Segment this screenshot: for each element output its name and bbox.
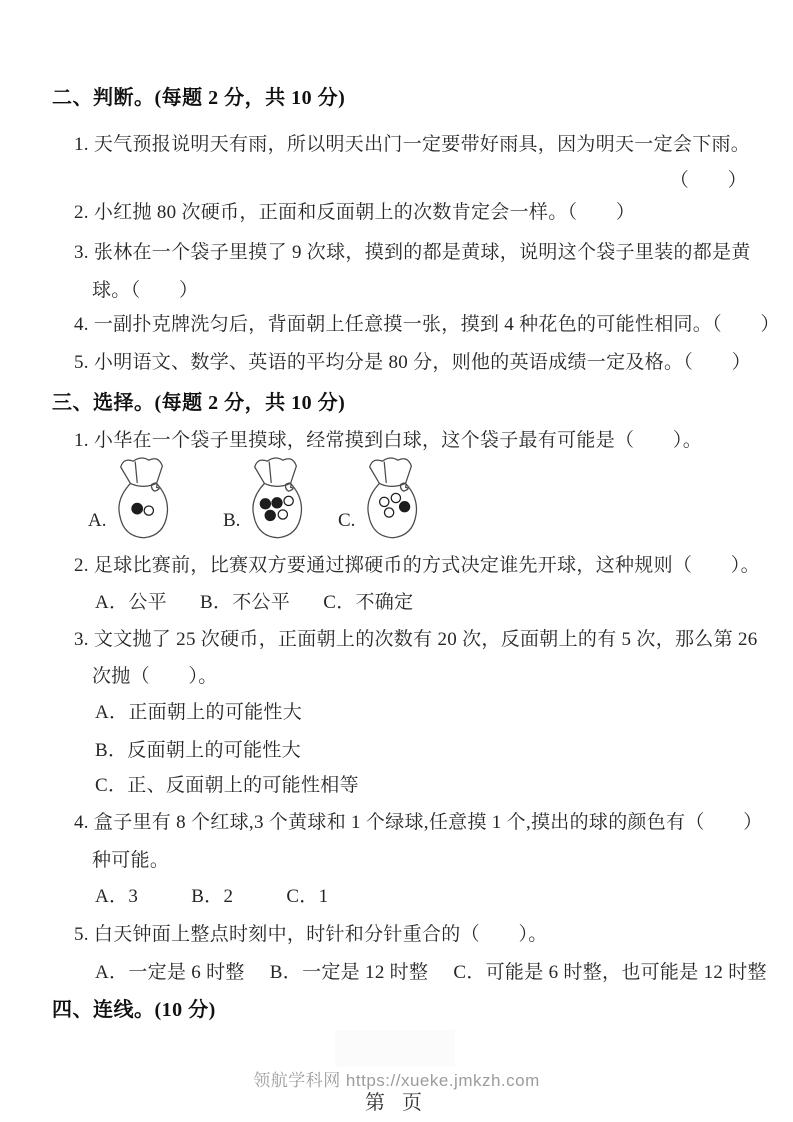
judge-q2-text: 2. 小红抛 80 次硬币，正面和反面朝上的次数肯定会一样。（ ） [74, 201, 635, 225]
choice-q5-options: A．一定是 6 时整 B．一定是 12 时整 C．可能是 6 时整，也可能是 1… [95, 961, 787, 985]
test-paper-page: 二、判断。(每题 2 分，共 10 分) 1. 天气预报说明天有雨，所以明天出门… [0, 0, 793, 1122]
choice-q3-line2: 次抛（ ）。 [92, 665, 218, 689]
section-connect-title: 四、连线。(10 分) [52, 998, 216, 1022]
judge-q5-text: 5. 小明语文、数学、英语的平均分是 80 分，则他的英语成绩一定及格。（ ） [74, 351, 751, 375]
choice-q3-option-c: C．正、反面朝上的可能性相等 [95, 774, 359, 798]
judge-q4-text: 4. 一副扑克牌洗匀后，背面朝上任意摸一张，摸到 4 种花色的可能性相同。（ ） [74, 313, 780, 337]
choice-q4-option-c: C．1 [286, 885, 328, 909]
bag-drawing-c-icon [361, 452, 423, 544]
choice-q4-line2: 种可能。 [92, 849, 169, 873]
choice-q2-option-c: C．不确定 [323, 591, 413, 615]
choice-q2-text: 2. 足球比赛前，比赛双方要通过掷硬币的方式决定谁先开球，这种规则（ ）。 [74, 554, 760, 578]
watermark-block [335, 1030, 455, 1067]
choice-q1-bag-images: A. B. C. [0, 452, 793, 552]
choice-q4-option-a: A．3 [95, 885, 138, 909]
section-judge-title: 二、判断。(每题 2 分，共 10 分) [52, 86, 345, 110]
judge-q3-line1: 3. 张林在一个袋子里摸了 9 次球，摸到的都是黄球，说明这个袋子里装的都是黄 [74, 241, 751, 265]
choice-q2-option-b: B．不公平 [200, 591, 290, 615]
choice-q3-option-b: B．反面朝上的可能性大 [95, 739, 301, 763]
bag-label-b: B. [223, 510, 240, 544]
choice-q5-option-b: B．一定是 12 时整 [270, 961, 428, 985]
judge-q1-text: 1. 天气预报说明天有雨，所以明天出门一定要带好雨具，因为明天一定会下雨。 [74, 133, 750, 157]
choice-q2-option-a: A．公平 [95, 591, 167, 615]
choice-q3-line1: 3. 文文抛了 25 次硬币，正面朝上的次数有 20 次，反面朝上的有 5 次，… [74, 628, 758, 652]
bag-label-c: C. [338, 510, 355, 544]
judge-q1-answer-blank: （ ） [670, 169, 747, 193]
choice-q3-option-a: A．正面朝上的可能性大 [95, 701, 302, 725]
footer-page-number: 第 页 [0, 1086, 793, 1115]
choice-q5-option-a: A．一定是 6 时整 [95, 961, 245, 985]
section-choice-title: 三、选择。(每题 2 分，共 10 分) [52, 391, 345, 415]
choice-q4-line1: 4. 盒子里有 8 个红球,3 个黄球和 1 个绿球,任意摸 1 个,摸出的球的… [74, 811, 763, 835]
choice-q5-text: 5. 白天钟面上整点时刻中，时针和分针重合的（ ）。 [74, 923, 548, 947]
bag-drawing-b-icon [246, 452, 308, 544]
bag-label-a: A. [88, 510, 106, 544]
bag-option-c: C. [338, 452, 423, 544]
bag-drawing-a-icon [112, 452, 174, 544]
choice-q4-options: A．3 B．2 C．1 [95, 885, 376, 909]
choice-q1-text: 1. 小华在一个袋子里摸球，经常摸到白球，这个袋子最有可能是（ ）。 [74, 429, 702, 453]
choice-q5-option-c: C．可能是 6 时整，也可能是 12 时整 [453, 961, 766, 985]
choice-q2-options: A．公平 B．不公平 C．不确定 [95, 591, 441, 615]
bag-option-b: B. [223, 452, 308, 544]
judge-q3-line2: 球。（ ） [92, 279, 198, 303]
choice-q4-option-b: B．2 [191, 885, 233, 909]
bag-option-a: A. [88, 452, 174, 544]
